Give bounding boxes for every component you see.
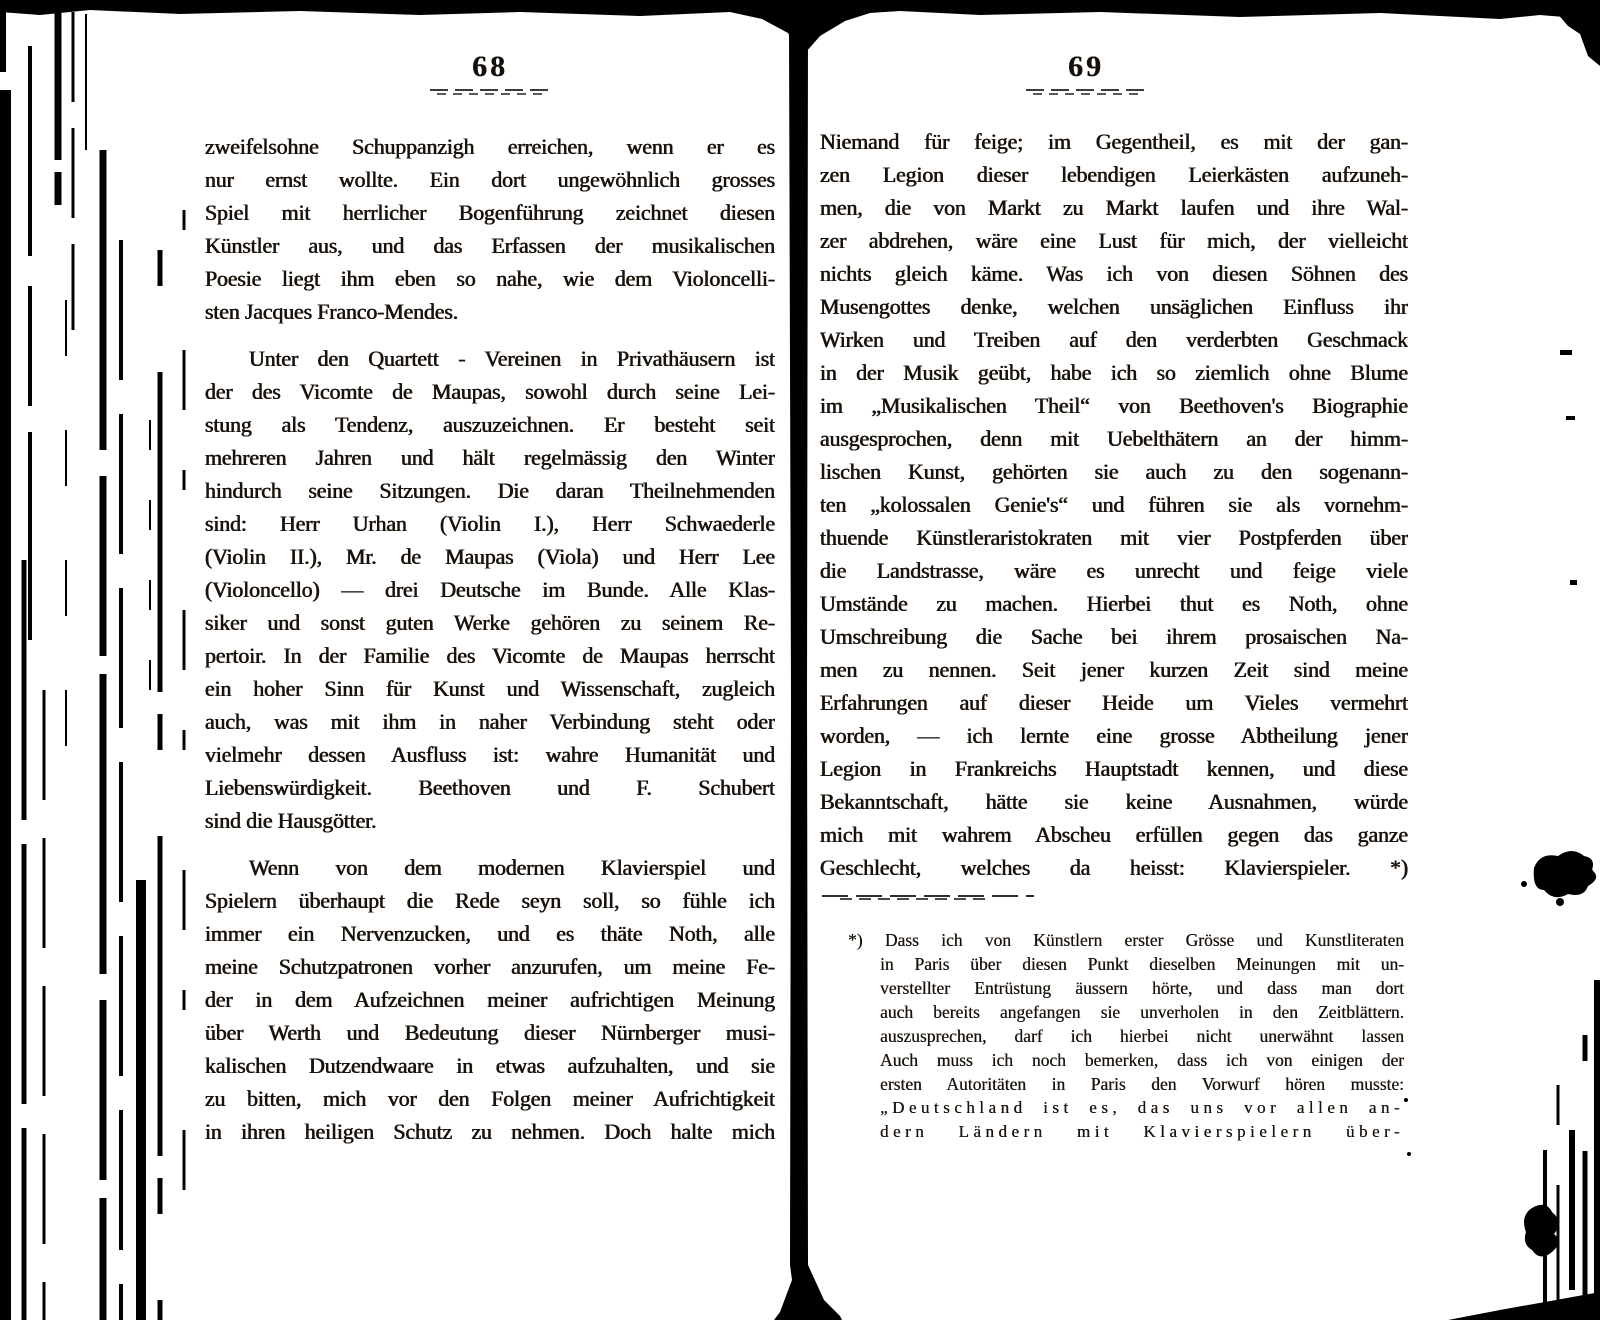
text-line: Legion in Frankreichs Hauptstadt kennen,… <box>820 752 1408 785</box>
text-line: Spiel mit herrlicher Bogenführung zeichn… <box>205 196 775 229</box>
text-line: der in dem Aufzeichnen meiner aufrichtig… <box>205 983 775 1016</box>
page-number: 69 <box>792 50 1380 84</box>
text-line: ten „kolossalen Genie's“ und führen sie … <box>820 488 1408 521</box>
text-line: auch, was mit ihm in naher Verbindung st… <box>205 705 775 738</box>
text-line: Spielern überhaupt die Rede seyn soll, s… <box>205 884 775 917</box>
footnote-line: ersten Autoritäten in Paris den Vorwurf … <box>880 1072 1404 1096</box>
text-line: Niemand für feige; im Gegentheil, es mit… <box>820 125 1408 158</box>
text-line: stung als Tendenz, auszuzeichnen. Er bes… <box>205 408 775 441</box>
bottom-right-streaks <box>1545 980 1597 1320</box>
footnote-separator-rule <box>822 895 1034 900</box>
text-line: lischen Kunst, gehörten sie auch zu den … <box>820 455 1408 488</box>
footnote-line: Auch muss ich noch bemerken, dass ich vo… <box>880 1048 1404 1072</box>
text-line: der des Vicomte de Maupas, sowohl durch … <box>205 375 775 408</box>
text-line: (Violoncello) — drei Deutsche im Bunde. … <box>205 573 775 606</box>
text-line: hindurch seine Sitzungen. Die daran Thei… <box>205 474 775 507</box>
page-69: 69 Niemand für feige; im Gegentheil, es … <box>820 50 1408 1300</box>
page-68-text: zweifelsohne Schuppanzigh erreichen, wen… <box>205 130 775 1148</box>
paragraph: Niemand für feige; im Gegentheil, es mit… <box>820 125 1408 884</box>
paragraph: Unter den Quartett - Vereinen in Privath… <box>205 342 775 837</box>
text-line: Musengottes denke, welchen unsäglichen E… <box>820 290 1408 323</box>
left-edge-bar <box>0 90 11 1320</box>
page-number-rule <box>1026 88 1146 95</box>
text-line: men zu nennen. Seit jener kurzen Zeit si… <box>820 653 1408 686</box>
footnote-line: dern Ländern mit Klavierspielern über- <box>880 1120 1404 1144</box>
text-line: worden, — ich lernte eine grosse Abtheil… <box>820 719 1408 752</box>
paragraph: Wenn von dem modernen Klavierspiel undSp… <box>205 851 775 1148</box>
text-line: sten Jacques Franco-Mendes. <box>205 295 775 328</box>
page-68: 68 zweifelsohne Schuppanzigh erreichen, … <box>205 50 775 1200</box>
text-line: Erfahrungen auf dieser Heide um Vieles v… <box>820 686 1408 719</box>
text-line: (Violin II.), Mr. de Maupas (Viola) und … <box>205 540 775 573</box>
text-line: Künstler aus, und das Erfassen der musik… <box>205 229 775 262</box>
text-line: ausgesprochen, denn mit Uebelthätern an … <box>820 422 1408 455</box>
page-69-text: Niemand für feige; im Gegentheil, es mit… <box>820 125 1408 884</box>
text-line: sind die Hausgötter. <box>205 804 775 837</box>
text-line: zweifelsohne Schuppanzigh erreichen, wen… <box>205 130 775 163</box>
ink-specks <box>1404 350 1593 1156</box>
left-edge-streaks <box>24 10 184 1320</box>
text-line: in ihren heiligen Schutz zu nehmen. Doch… <box>205 1115 775 1148</box>
text-line: kalischen Dutzendwaare in etwas aufzuhal… <box>205 1049 775 1082</box>
left-edge-bar-top <box>0 12 6 72</box>
footnote-line: „Deutschland ist es, das uns vor allen a… <box>880 1096 1404 1120</box>
text-line: thuende Künstleraristokraten mit vier Po… <box>820 521 1408 554</box>
paragraph: zweifelsohne Schuppanzigh erreichen, wen… <box>205 130 775 328</box>
text-line: meine Schutzpatronen vorher anzurufen, u… <box>205 950 775 983</box>
text-line: nur ernst wollte. Ein dort ungewöhnlich … <box>205 163 775 196</box>
text-line: pertoir. In der Familie des Vicomte de M… <box>205 639 775 672</box>
text-line: Wirken und Treiben auf den verderbten Ge… <box>820 323 1408 356</box>
bottom-right-blob <box>1524 1205 1559 1257</box>
text-line: Umschreibung die Sache bei ihrem prosais… <box>820 620 1408 653</box>
text-line: zu bitten, mich vor den Folgen meiner Au… <box>205 1082 775 1115</box>
page-number: 68 <box>205 50 775 84</box>
footnote-line: auszusprechen, darf ich hierbei nicht un… <box>880 1024 1404 1048</box>
text-line: Bekanntschaft, hätte sie keine Ausnahmen… <box>820 785 1408 818</box>
text-line: zen Legion dieser lebendigen Leierkästen… <box>820 158 1408 191</box>
footnote-line: in Paris über diesen Punkt dieselben Mei… <box>880 952 1404 976</box>
footnote-line: verstellter Entrüstung äussern hörte, un… <box>880 976 1404 1000</box>
text-line: immer ein Nervenzucken, und es thäte Not… <box>205 917 775 950</box>
text-line: Liebenswürdigkeit. Beethoven und F. Schu… <box>205 771 775 804</box>
footnote-line: auch bereits angefangen sie unverholen i… <box>880 1000 1404 1024</box>
text-line: siker und sonst guten Werke gehören zu s… <box>205 606 775 639</box>
footnote-line: *) Dass ich von Künstlern erster Grösse … <box>848 928 1404 952</box>
text-line: Geschlecht, welches da heisst: Klaviersp… <box>820 851 1408 884</box>
text-line: in der Musik geübt, habe ich so ziemlich… <box>820 356 1408 389</box>
text-line: im „Musikalischen Theil“ von Beethoven's… <box>820 389 1408 422</box>
page-header: 68 <box>205 50 775 95</box>
text-line: nichts gleich käme. Was ich von diesen S… <box>820 257 1408 290</box>
ink-blob <box>1534 851 1596 897</box>
text-line: über Werth und Bedeutung dieser Nürnberg… <box>205 1016 775 1049</box>
text-line: die Landstrasse, wäre es unrecht und fei… <box>820 554 1408 587</box>
text-line: Umstände zu machen. Hierbei thut es Noth… <box>820 587 1408 620</box>
text-line: Unter den Quartett - Vereinen in Privath… <box>205 342 775 375</box>
bottom-edge-sliver <box>1448 1292 1600 1320</box>
text-line: sind: Herr Urhan (Violin I.), Herr Schwa… <box>205 507 775 540</box>
page-number-rule <box>430 88 550 95</box>
text-line: Poesie liegt ihm eben so nahe, wie dem V… <box>205 262 775 295</box>
text-line: ein hoher Sinn für Kunst und Wissenschaf… <box>205 672 775 705</box>
top-edge-shadow <box>0 0 1600 52</box>
text-line: mich mit wahrem Abscheu erfüllen gegen d… <box>820 818 1408 851</box>
text-line: men, die von Markt zu Markt laufen und i… <box>820 191 1408 224</box>
text-line: vielmehr dessen Ausfluss ist: wahre Huma… <box>205 738 775 771</box>
text-line: zer abdrehen, wäre eine Lust für mich, d… <box>820 224 1408 257</box>
page-header: 69 <box>792 50 1380 95</box>
text-line: mehreren Jahren und hält regelmässig den… <box>205 441 775 474</box>
book-spread: 68 zweifelsohne Schuppanzigh erreichen, … <box>0 0 1600 1320</box>
footnote: *) Dass ich von Künstlern erster Grösse … <box>834 928 1404 1144</box>
top-right-corner-blotch <box>1548 0 1600 66</box>
text-line: Wenn von dem modernen Klavierspiel und <box>205 851 775 884</box>
